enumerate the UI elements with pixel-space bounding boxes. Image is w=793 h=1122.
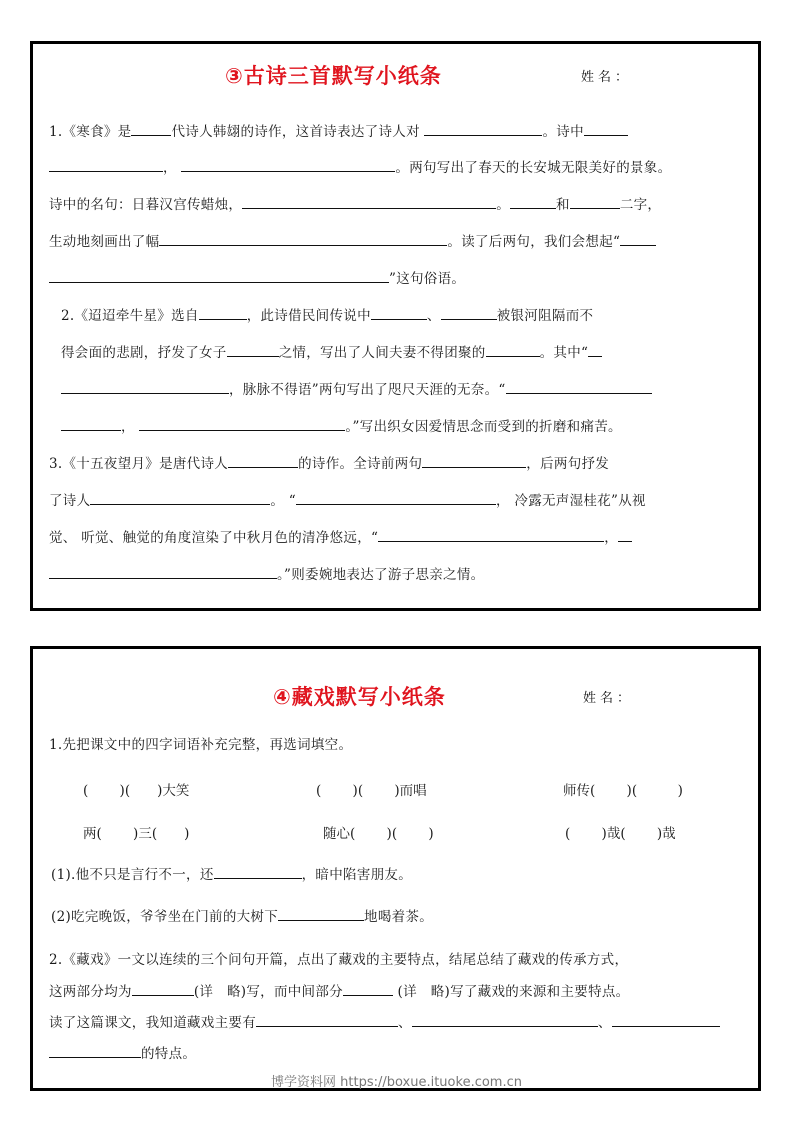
answer-blank[interactable] <box>584 122 628 136</box>
sentence-2: (2)吃完晚饭，爷爷坐在门前的大树下地喝着茶。 <box>51 907 433 926</box>
idiom-blank-5[interactable]: 随心( )( ) <box>323 822 434 842</box>
answer-blank[interactable] <box>618 528 632 542</box>
name-label: 姓名： <box>583 687 634 706</box>
q3-line-1: 3.《十五夜望月》是唐代诗人的诗作。全诗前两句，后两句抒发 <box>49 454 609 473</box>
answer-blank[interactable] <box>181 158 395 172</box>
q2-line-3: 读了这篇课文，我知道藏戏主要有、、 <box>49 1013 720 1032</box>
q2-line-1: 2.《迢迢牵牛星》选自，此诗借民间传说中、被银河阻隔而不 <box>61 306 593 325</box>
worksheet-card-tibetan-opera: ④藏戏默写小纸条 姓名： 1.先把课文中的四字词语补充完整，再选词填空。 ( )… <box>30 646 761 1091</box>
answer-blank[interactable] <box>570 195 620 209</box>
answer-blank[interactable] <box>343 982 393 996</box>
answer-blank[interactable] <box>132 982 194 996</box>
answer-blank[interactable] <box>588 343 602 357</box>
answer-blank[interactable] <box>256 1013 398 1027</box>
answer-blank[interactable] <box>49 1044 141 1058</box>
sentence-1: (1).他不只是言行不一，还，暗中陷害朋友。 <box>51 865 412 884</box>
answer-blank[interactable] <box>49 158 163 172</box>
answer-blank[interactable] <box>412 1013 598 1027</box>
q2-line-4: ， 。”写出织女因爱情思念而受到的折磨和痛苦。 <box>61 417 622 436</box>
answer-blank[interactable] <box>378 528 604 542</box>
name-label: 姓名： <box>581 66 632 85</box>
answer-blank[interactable] <box>90 491 270 505</box>
answer-blank[interactable] <box>139 417 345 431</box>
answer-blank[interactable] <box>131 122 171 136</box>
idiom-blank-6[interactable]: ( )哉( )哉 <box>565 822 676 842</box>
card-title: ③古诗三首默写小纸条 <box>225 60 442 90</box>
answer-blank[interactable] <box>441 306 497 320</box>
q3-line-4: 。”则委婉地表达了游子思亲之情。 <box>49 565 484 584</box>
q2-line-2: 这两部分均为(详 略)写，而中间部分 (详 略)写了藏戏的来源和主要特点。 <box>49 982 629 1001</box>
answer-blank[interactable] <box>227 343 279 357</box>
answer-blank[interactable] <box>510 195 556 209</box>
q1-line-5: ”这句俗语。 <box>49 269 465 288</box>
answer-blank[interactable] <box>296 491 496 505</box>
answer-blank[interactable] <box>486 343 540 357</box>
idiom-blank-4[interactable]: 两( )三( ) <box>83 822 189 842</box>
q1-line-4: 生动地刻画出了幅。读了后两句，我们会想起“ <box>49 232 656 251</box>
answer-blank[interactable] <box>242 195 496 209</box>
idiom-blank-1[interactable]: ( )( )大笑 <box>83 779 189 799</box>
q2-line-2: 得会面的悲剧，抒发了女子之情，写出了人间夫妻不得团聚的。其中“ <box>61 343 602 362</box>
watermark-footer: 博学资料网 https://boxue.ituoke.com.cn <box>0 1071 793 1090</box>
q2-line-3: ，脉脉不得语”两句写出了咫尺天涯的无奈。“ <box>61 380 652 399</box>
q3-line-3: 觉、 听觉、触觉的角度渲染了中秋月色的清净悠远，“， <box>49 528 632 547</box>
answer-blank[interactable] <box>214 865 302 879</box>
answer-blank[interactable] <box>278 907 364 921</box>
answer-blank[interactable] <box>422 454 526 468</box>
worksheet-card-ancient-poems: ③古诗三首默写小纸条 姓名： 1.《寒食》是代诗人韩翃的诗作，这首诗表达了诗人对… <box>30 41 761 611</box>
q3-line-2: 了诗人。 “， 冷露无声湿桂花”从视 <box>49 491 646 510</box>
q1-prompt: 1.先把课文中的四字词语补充完整，再选词填空。 <box>49 736 352 754</box>
idiom-blank-2[interactable]: ( )( )而唱 <box>316 779 427 799</box>
answer-blank[interactable] <box>424 122 542 136</box>
q1-line-1: 1.《寒食》是代诗人韩翃的诗作，这首诗表达了诗人对 。诗中 <box>49 122 628 141</box>
answer-blank[interactable] <box>506 380 652 394</box>
q1-line-3: 诗中的名句：日暮汉宫传蜡烛，。和二字， <box>49 195 661 214</box>
idiom-blank-3[interactable]: 师传( )( ) <box>563 779 683 799</box>
answer-blank[interactable] <box>612 1013 720 1027</box>
answer-blank[interactable] <box>620 232 656 246</box>
answer-blank[interactable] <box>61 380 229 394</box>
card-title: ④藏戏默写小纸条 <box>273 681 446 711</box>
q2-line-4: 的特点。 <box>49 1044 196 1063</box>
q2-line-1: 2.《藏戏》一文以连续的三个问句开篇，点出了藏戏的主要特点，结尾总结了藏戏的传承… <box>49 951 628 969</box>
answer-blank[interactable] <box>49 269 389 283</box>
q1-line-2: ， 。两句写出了春天的长安城无限美好的景象。 <box>49 158 671 177</box>
answer-blank[interactable] <box>61 417 121 431</box>
answer-blank[interactable] <box>159 232 447 246</box>
answer-blank[interactable] <box>199 306 247 320</box>
answer-blank[interactable] <box>371 306 427 320</box>
answer-blank[interactable] <box>228 454 298 468</box>
answer-blank[interactable] <box>49 565 277 579</box>
